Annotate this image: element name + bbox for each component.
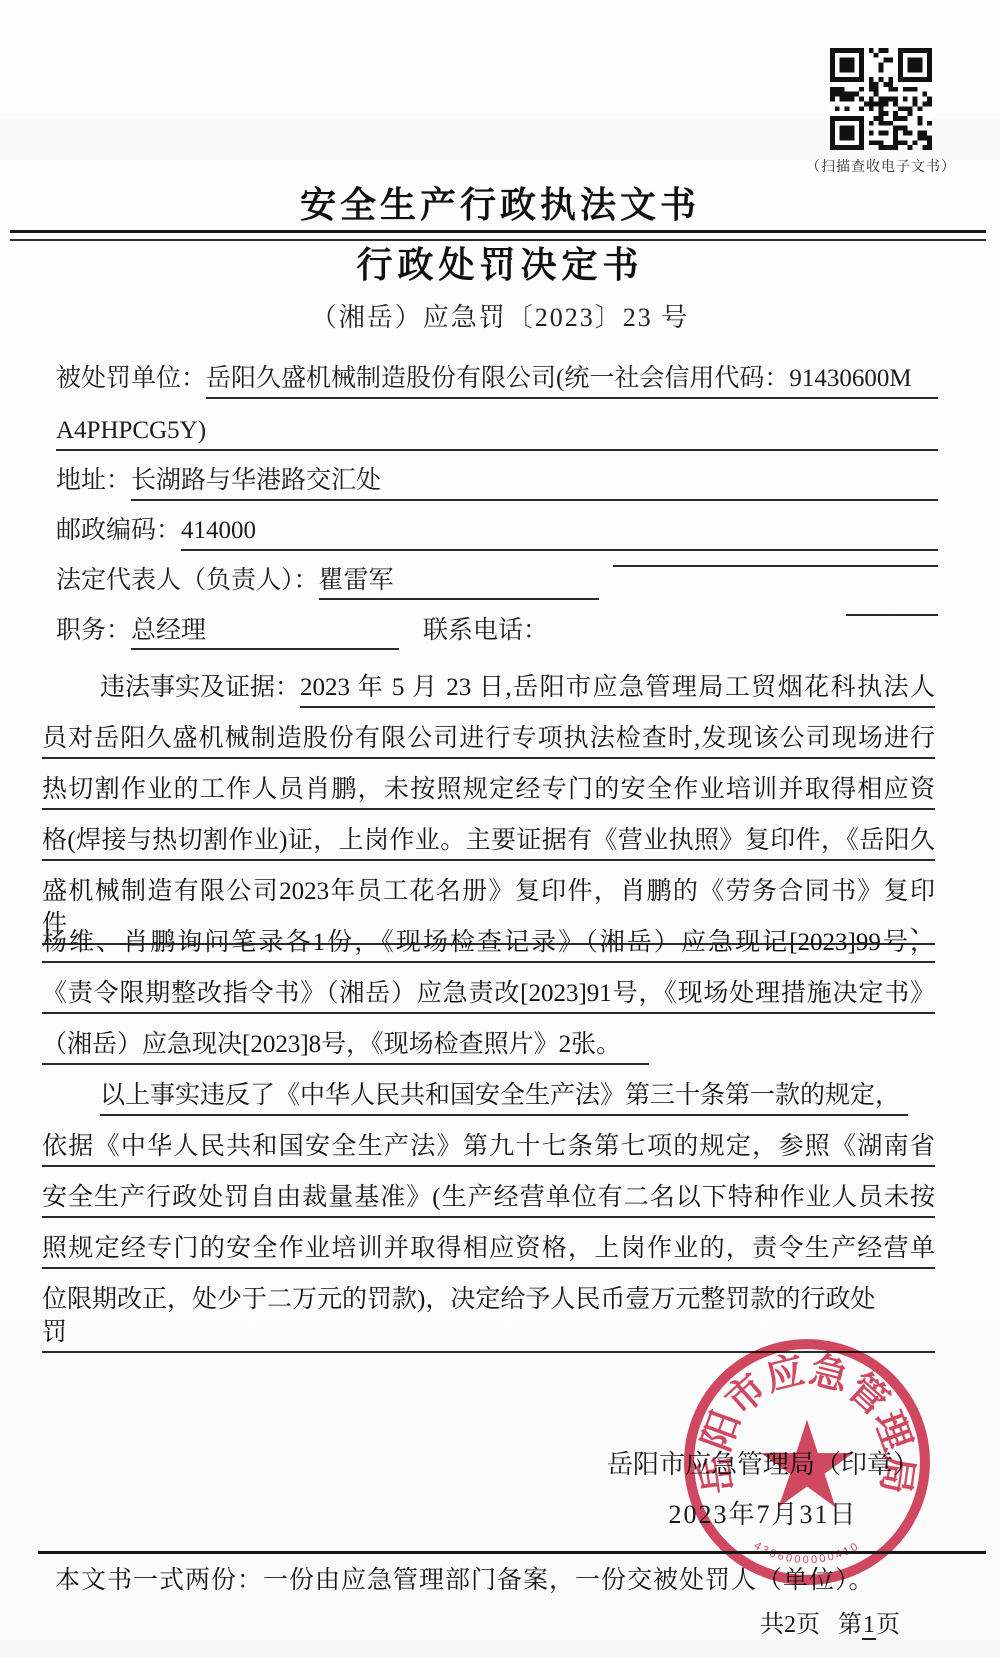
page-indicator: 共2页第1页 [760,1604,900,1639]
body-text: 热切割作业的工作人员肖鹏，未按照规定经专门的安全作业培训并取得相应资 [42,773,935,810]
scan-artifact-band [0,1640,1000,1657]
body-line: 杨维、肖鹏询问笔录各1份，《现场检查记录》（湘岳）应急现记[2023]99号， [42,926,935,963]
body-text: 2023 年 5 月 23 日,岳阳市应急管理局工贸烟花科执法人 [300,671,935,708]
current-page-suffix: 页 [876,1612,900,1638]
field-row-legal-representative: 法定代表人（负责人）： 瞿雷军 [56,564,938,600]
field-row-postcode: 邮政编码： 414000 [56,514,938,551]
total-pages: 共2页 [760,1612,820,1638]
body-lead-label: 违法事实及证据： [42,671,300,708]
field-row-punished-unit-cont: A4PHPCG5Y) [56,414,938,451]
body-text: 依据《中华人民共和国安全生产法》第九十七条第七项的规定，参照《湖南省 [42,1130,935,1167]
field-row-address: 地址： 长湖路与华港路交汇处 [56,464,938,501]
body-text: 照规定经专门的安全作业培训并取得相应资格，上岗作业的，责令生产经营单 [42,1232,935,1269]
field-value: A4PHPCG5Y) [56,414,938,451]
field-value: 414000 [181,514,938,551]
body-line: 格(焊接与热切割作业)证，上岗作业。主要证据有《营业执照》复印件，《岳阳久 [42,824,935,861]
qr-caption: （扫描查收电子文书） [780,156,982,176]
body-line: 热切割作业的工作人员肖鹏，未按照规定经专门的安全作业培训并取得相应资 [42,773,935,810]
field-row-punished-unit: 被处罚单位： 岳阳久盛机械制造股份有限公司(统一社会信用代码：91430600M [56,362,938,399]
footer-rule [38,1551,986,1554]
field-value: 长湖路与华港路交汇处 [131,464,938,501]
body-line: 照规定经专门的安全作业培训并取得相应资格，上岗作业的，责令生产经营单 [42,1232,935,1269]
body-line: 违法事实及证据： 2023 年 5 月 23 日,岳阳市应急管理局工贸烟花科执法… [42,671,935,708]
field-label: 联系电话： [399,614,548,648]
field-label: 被处罚单位： [56,362,206,396]
scanned-penalty-document: （扫描查收电子文书） 安全生产行政执法文书 行政处罚决定书 （湘岳）应急罚〔20… [0,0,1000,1657]
field-value: 瞿雷军 [319,564,599,600]
body-text: （湘岳）应急现决[2023]8号，《现场检查照片》2张。 [42,1028,649,1065]
footer-note: 本文书一式两份：一份由应急管理部门备案，一份交被处罚人（单位）。 [55,1560,940,1596]
document-title: 行政处罚决定书 [0,244,1000,285]
body-text: 《责令限期整改指令书》（湘岳）应急责改[2023]91号，《现场处理措施决定书》 [42,977,935,1014]
body-line: 依据《中华人民共和国安全生产法》第九十七条第七项的规定，参照《湖南省 [42,1130,935,1167]
body-text: 格(焊接与热切割作业)证，上岗作业。主要证据有《营业执照》复印件，《岳阳久 [42,824,935,861]
svg-text:岳: 岳 [693,1453,741,1497]
qr-code-icon [830,48,932,150]
field-row-position-phone: 职务： 总经理 联系电话： [56,614,938,650]
field-label: 邮政编码： [56,514,181,548]
current-page-number: 1 [862,1612,876,1640]
field-value: 总经理 [131,614,399,650]
body-line: （湘岳）应急现决[2023]8号，《现场检查照片》2张。 [42,1028,935,1065]
header-double-rule [10,230,986,241]
body-text: 以上事实违反了《中华人民共和国安全生产法》第三十条第一款的规定， [100,1079,908,1116]
document-number: （湘岳）应急罚〔2023〕23 号 [0,297,1000,334]
seal-star-icon [761,1420,853,1507]
body-text: 杨维、肖鹏询问笔录各1份，《现场检查记录》（湘岳）应急现记[2023]99号， [42,926,935,963]
body-text: 安全生产行政处罚自由裁量基准》(生产经营单位有二名以下特种作业人员未按 [42,1181,935,1218]
body-line: 《责令限期整改指令书》（湘岳）应急责改[2023]91号，《现场处理措施决定书》 [42,977,935,1014]
body-line: 安全生产行政处罚自由裁量基准》(生产经营单位有二名以下特种作业人员未按 [42,1181,935,1218]
current-page-prefix: 第 [838,1612,862,1638]
body-line: 以上事实违反了《中华人民共和国安全生产法》第三十条第一款的规定， [42,1079,935,1116]
blank-underline [613,564,938,567]
field-label: 法定代表人（负责人）： [56,564,319,598]
field-label: 职务： [56,614,131,648]
field-value: 岳阳久盛机械制造股份有限公司(统一社会信用代码：91430600M [206,362,938,399]
field-label: 地址： [56,464,131,498]
svg-text:局: 局 [873,1453,921,1497]
body-line: 员对岳阳久盛机械制造股份有限公司进行专项执法检查时,发现该公司现场进行 [42,722,935,759]
body-text: 员对岳阳久盛机械制造股份有限公司进行专项执法检查时,发现该公司现场进行 [42,722,935,759]
document-category-title: 安全生产行政执法文书 [0,184,1000,225]
blank-underline [846,614,938,616]
